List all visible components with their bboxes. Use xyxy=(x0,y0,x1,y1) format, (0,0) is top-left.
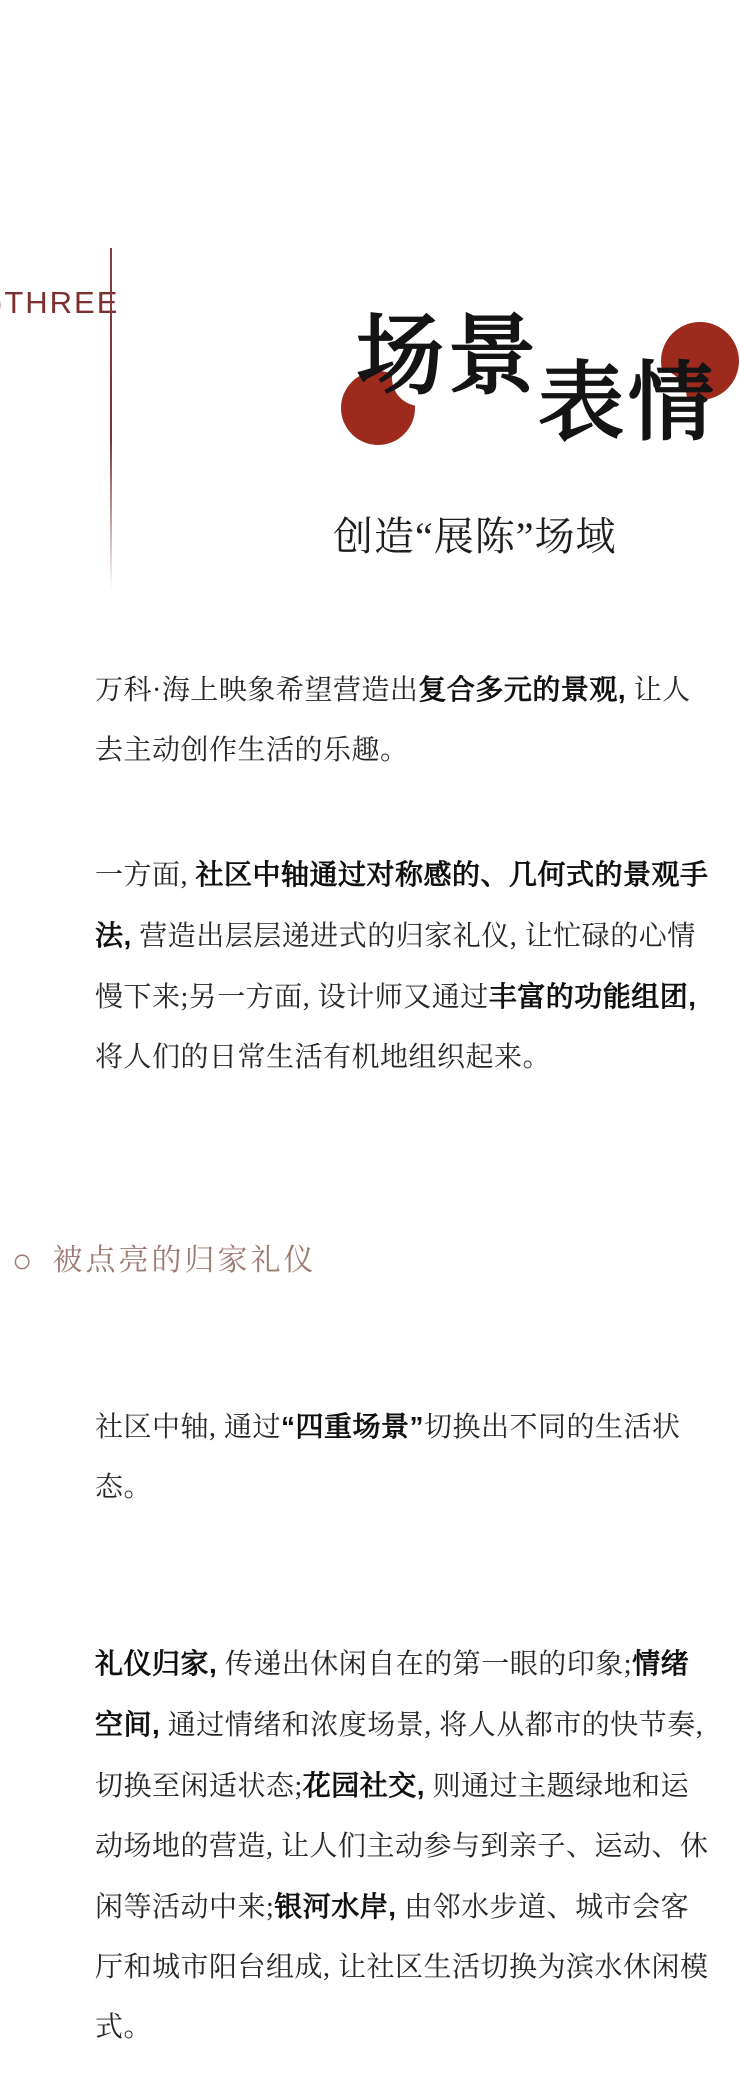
body-paragraph: 一方面, 社区中轴通过对称感的、几何式的景观手法, 营造出层层递进式的归家礼仪,… xyxy=(95,845,715,1088)
section-heading: 被点亮的归家礼仪 xyxy=(53,1243,317,1279)
emphasis-text: 复合多元的景观, xyxy=(418,674,626,705)
emphasis-text: 银河水岸, xyxy=(274,1891,396,1922)
article-page: )THREE 场景 表情 创造“展陈”场域 万科·海上映象希望营造出复合多元的景… xyxy=(0,0,740,2093)
body-text: 将人们的日常生活有机地组织起来。 xyxy=(95,1042,551,1073)
section-bullet-icon: ○ xyxy=(12,1244,33,1278)
emphasis-text: 花园社交, xyxy=(303,1770,425,1801)
body-paragraph: 万科·海上映象希望营造出复合多元的景观, 让人去主动创作生活的乐趣。 xyxy=(95,660,715,781)
body-text: 社区中轴, 通过 xyxy=(95,1412,281,1443)
emphasis-text: 丰富的功能组团, xyxy=(489,981,697,1012)
body-text: 万科·海上映象希望营造出 xyxy=(95,675,418,706)
body-paragraph: 礼仪归家, 传递出休闲自在的第一眼的印象;情绪空间, 通过情绪和浓度场景, 将人… xyxy=(95,1634,715,2058)
body-paragraph: 社区中轴, 通过“四重场景”切换出不同的生活状态。 xyxy=(95,1397,715,1518)
section-heading-row: ○ 被点亮的归家礼仪 xyxy=(12,1243,317,1279)
emphasis-text: “四重场景” xyxy=(281,1411,424,1442)
page-title-secondary: 表情 xyxy=(538,360,718,446)
page-subtitle: 创造“展陈”场域 xyxy=(333,513,617,561)
page-title-primary: 场景 xyxy=(356,314,540,402)
body-text: 传递出休闲自在的第一眼的印象; xyxy=(217,1649,632,1680)
emphasis-text: 礼仪归家, xyxy=(95,1648,217,1679)
body-text: 一方面, xyxy=(95,860,196,891)
